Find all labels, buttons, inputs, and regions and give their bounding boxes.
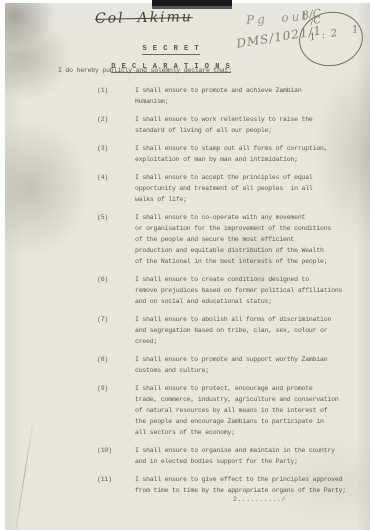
item-text: I shall ensure to organise and maintain … (135, 445, 365, 467)
item-number: (10) (97, 445, 135, 467)
item-text: I shall ensure to protect, encourage and… (135, 383, 365, 438)
item-text: I shall ensure to work relentlessly to r… (135, 114, 365, 136)
page-continuation-mark: 2........../ (233, 496, 286, 503)
item-text: I shall ensure to create conditions desi… (135, 274, 365, 307)
item-number: (8) (97, 354, 135, 376)
declaration-item: (1)I shall ensure to promote and achieve… (97, 85, 365, 107)
item-text: I shall ensure to give effect to the pri… (135, 474, 365, 496)
item-number: (4) (97, 172, 135, 205)
item-number: (9) (97, 383, 135, 438)
declaration-item: (11)I shall ensure to give effect to the… (97, 474, 365, 496)
item-number: (7) (97, 314, 135, 347)
item-text: I shall ensure to abolish all forms of d… (135, 314, 365, 347)
classification-title: S E C R E T (142, 45, 199, 55)
item-text: I shall ensure to accept the principles … (135, 172, 365, 205)
item-text: I shall ensure to stamp out all forms of… (135, 143, 365, 165)
declaration-item: (10)I shall ensure to organise and maint… (97, 445, 365, 467)
item-number: (6) (97, 274, 135, 307)
declaration-intro: I do hereby publicly and solemnly declar… (58, 67, 232, 74)
declaration-item: (9)I shall ensure to protect, encourage … (97, 383, 365, 438)
declaration-item: (7)I shall ensure to abolish all forms o… (97, 314, 365, 347)
item-number: (3) (97, 143, 135, 165)
binder-tab (152, 0, 232, 9)
item-number: (1) (97, 85, 135, 107)
declaration-list: (1)I shall ensure to promote and achieve… (97, 85, 365, 503)
item-text: I shall ensure to promote and support wo… (135, 354, 365, 376)
item-number: (5) (97, 212, 135, 267)
stamp-label: /C (310, 16, 322, 28)
declaration-item: (4)I shall ensure to accept the principl… (97, 172, 365, 205)
declaration-item: (8)I shall ensure to promote and support… (97, 354, 365, 376)
handwritten-name-note: Col Akimu (95, 9, 193, 27)
declaration-item: (2)I shall ensure to work relentlessly t… (97, 114, 365, 136)
item-text: I shall ensure to promote and achieve Za… (135, 85, 365, 107)
item-number: (2) (97, 114, 135, 136)
declaration-item: (6)I shall ensure to create conditions d… (97, 274, 365, 307)
declaration-item: (5)I shall ensure to co-operate with any… (97, 212, 365, 267)
item-number: (11) (97, 474, 135, 496)
declaration-item: (3)I shall ensure to stamp out all forms… (97, 143, 365, 165)
item-text: I shall ensure to co-operate with any mo… (135, 212, 365, 267)
